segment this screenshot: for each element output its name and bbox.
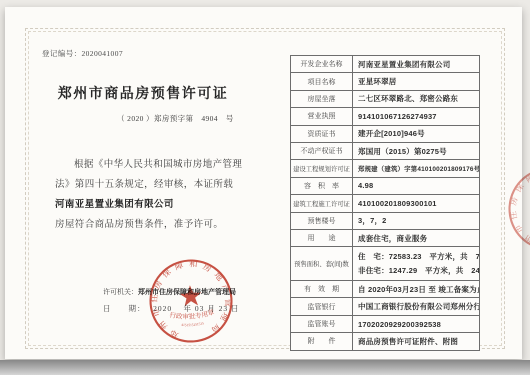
row-label: 预售面积、套(间)数 [291,247,353,280]
row-label: 监管账号 [291,316,353,332]
row-value: 914101067126274937 [353,108,479,124]
seal-code-text: 4151515151515 [181,321,205,328]
row-value: 亚星环翠居 [353,73,479,89]
row-label: 附 件 [291,333,353,349]
seal-star-icon [179,284,202,306]
seal-title-text: 行政审批专用章 [168,307,216,322]
table-row-qualification-cert: 资质证书 建开企[2010]946号 [291,126,479,143]
scanned-presale-permit: { "page": { "reg_no_label": "登记编号：", "re… [0,0,530,375]
table-row-construction-permit: 建筑工程施工许可证 410100201809300101 [291,195,479,212]
registration-number: 登记编号：2020041007 [42,48,123,59]
table-row-presale-buildings: 预售楼号 3，7，2 [291,213,479,230]
row-label: 预售楼号 [291,213,353,229]
table-row-project-name: 项目名称 亚星环翠居 [291,73,479,90]
table-row-business-license: 营业执照 914101067126274937 [291,108,479,125]
non-residential-area-line: 非住宅：1247.29 平方米，共 24 间 [358,264,479,278]
svg-text:4151515151515: 4151515151515 [181,321,205,328]
row-value: 郑规建（建筑）字第410100201809176号 [353,160,479,176]
row-label: 营业执照 [291,108,353,124]
table-row-property-cert: 不动产权证书 郑国用（2015）第0275号 [291,143,479,160]
official-seal: 郑州市住房保障和房地产管理局 行政审批专用章 4151515151515 [144,254,238,348]
registration-number-label: 登记编号： [42,49,82,58]
row-label: 不动产权证书 [291,143,353,159]
row-value: 郑国用（2015）第0275号 [353,143,479,159]
table-row-supervising-bank: 监管银行 中国工商银行股份有限公司郑州分行 [291,298,479,315]
row-value: 4.98 [353,178,479,194]
table-row-usage: 用 途 成套住宅，商业服务 [291,230,479,247]
table-row-plot-ratio: 容 积 率 4.98 [291,178,479,195]
row-value: 中国工商银行股份有限公司郑州分行 [353,298,479,314]
company-name: 河南亚星置业集团有限公司 [55,195,251,215]
body-line: 房屋符合商品房预售条件，准予许可。 [55,215,251,235]
body-line: 根据《中华人民共和国城市房地产管理 [55,155,251,175]
table-row-planning-permit: 建设工程规划许可证 郑规建（建筑）字第410100201809176号 [291,160,479,177]
issuing-authority-label: 许可机关： [103,288,138,296]
row-value: 住 宅：72583.23 平方米，共 720 套 非住宅：1247.29 平方米… [353,247,479,280]
row-value: 商品房预售许可证附件、附图 [353,333,479,349]
row-label: 项目名称 [291,73,353,89]
table-row-presale-area: 预售面积、套(间)数 住 宅：72583.23 平方米，共 720 套 非住宅：… [291,247,479,281]
row-label: 建设工程规划许可证 [291,160,353,176]
row-value: 自 2020年03月23日 至 竣工备案为止 [353,281,479,297]
row-value: 成套住宅，商业服务 [353,230,479,246]
row-value: 410100201809300101 [353,195,479,211]
row-value: 二七区环翠路北、郑密公路东 [353,91,479,107]
svg-text:行政审批专用章: 行政审批专用章 [168,307,216,322]
table-row-attachments: 附 件 商品房预售许可证附件、附图 [291,333,479,349]
permit-details-table: 开发企业名称 河南亚星置业集团有限公司 项目名称 亚星环翠居 房屋坐落 二七区环… [290,55,480,351]
registration-number-value: 2020041007 [82,49,124,58]
table-row-supervision-account: 监管账号 1702020929200392538 [291,316,479,333]
residential-area-line: 住 宅：72583.23 平方米，共 720 套 [358,250,479,264]
row-label: 资质证书 [291,126,353,142]
page-title: 郑州市商品房预售许可证 [38,83,248,103]
row-label: 房屋坐落 [291,91,353,107]
certificate-body-text: 根据《中华人民共和国城市房地产管理 法》第四十五条规定，经审核，本证所载 河南亚… [55,155,251,235]
body-line: 法》第四十五条规定，经审核，本证所载 [55,175,251,195]
document-number: （ 2020 ）郑房预字第 4904 号 [117,113,234,124]
table-row-location: 房屋坐落 二七区环翠路北、郑密公路东 [291,91,479,108]
row-value: 3，7，2 [353,213,479,229]
row-value: 1702020929200392538 [353,316,479,332]
row-label: 监管银行 [291,298,353,314]
photo-bottom-edge [0,360,530,375]
row-label: 开发企业名称 [291,56,353,72]
row-label: 容 积 率 [291,178,353,194]
row-label: 有 效 期 [291,281,353,297]
row-label: 建筑工程施工许可证 [291,195,353,211]
table-row-developer: 开发企业名称 河南亚星置业集团有限公司 [291,56,479,73]
row-value: 河南亚星置业集团有限公司 [353,56,479,72]
row-value: 建开企[2010]946号 [353,126,479,142]
table-row-validity: 有 效 期 自 2020年03月23日 至 竣工备案为止 [291,281,479,298]
certificate-page: 登记编号：2020041007 郑州市商品房预售许可证 （ 2020 ）郑房预字… [5,7,522,359]
row-label: 用 途 [291,230,353,246]
